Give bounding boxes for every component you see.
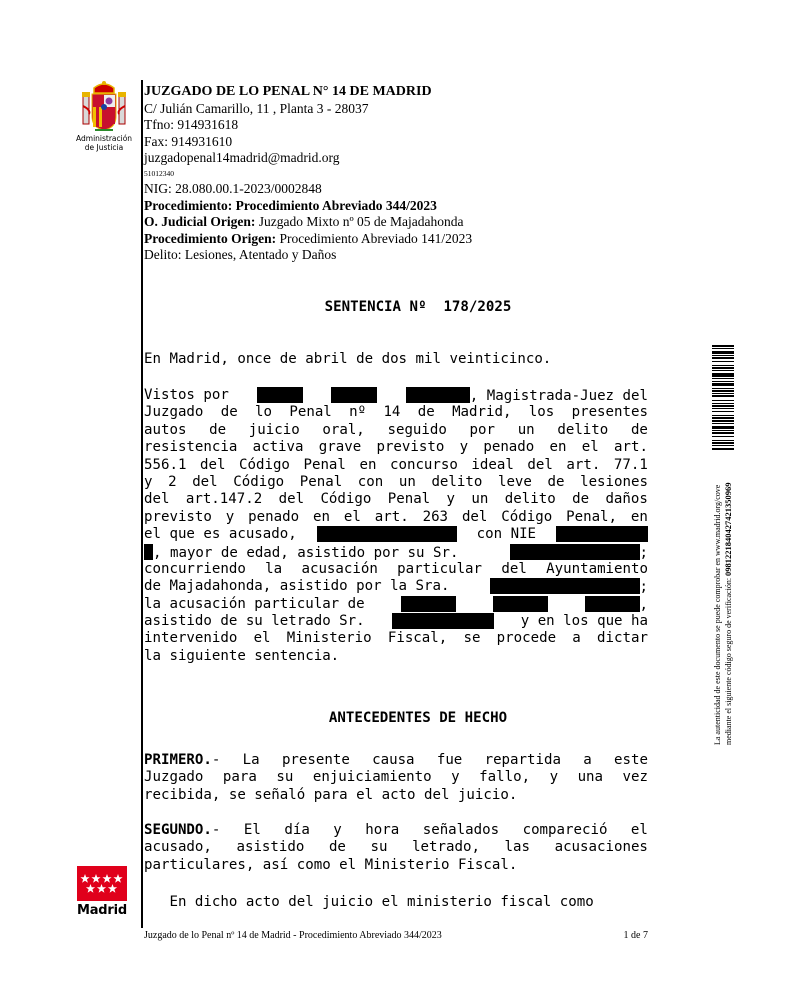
organo-origen-value: Juzgado Mixto nº 05 de Majadahonda <box>259 214 464 229</box>
redaction <box>144 544 153 560</box>
redaction <box>406 387 470 403</box>
text-line: asistido de su letrado Sr.y en los que h… <box>144 613 648 630</box>
redaction <box>493 596 548 612</box>
text-line: intervenidoelMinisterioFiscal,seprocedea… <box>144 630 648 647</box>
procedimiento-origen-value: Procedimiento Abreviado 141/2023 <box>279 231 472 246</box>
footer-reference: Juzgado de lo Penal nº 14 de Madrid - Pr… <box>144 930 442 941</box>
text-line: Juzgadoparasuenjuiciamientoyfallo,yunave… <box>144 769 648 786</box>
court-phone: Tfno: 914931618 <box>144 117 472 134</box>
section-title-antecedentes: ANTECEDENTES DE HECHO <box>144 710 692 727</box>
coat-of-arms-icon <box>79 80 129 132</box>
sentence-date: En Madrid, once de abril de dos mil vein… <box>144 351 648 368</box>
court-fax: Fax: 914931610 <box>144 134 472 151</box>
text-line: 556.1delCódigoPenalenconcursoidealdelart… <box>144 457 648 474</box>
text-line: acusado,asistidodesuletrado,lasacusacion… <box>144 839 648 856</box>
organo-origen: O. Judicial Origen: Juzgado Mixto nº 05 … <box>144 214 472 231</box>
nig: NIG: 28.080.00.1-2023/0002848 <box>144 181 472 198</box>
verification-code: 0981221840427421350969 <box>723 482 733 576</box>
text-line: de Majadahonda, asistido por la Sra.; <box>144 578 648 595</box>
segundo-label: SEGUNDO. <box>144 822 212 838</box>
text-line: particulares, así como el Ministerio Fis… <box>144 857 648 874</box>
justicia-caption-line2: de Justicia <box>76 143 132 152</box>
margin-rule <box>141 80 143 928</box>
redaction <box>585 596 640 612</box>
primero-label: PRIMERO. <box>144 752 212 768</box>
page-number: 1 de 7 <box>624 930 648 941</box>
vistos-paragraph: Vistos por, Magistrada-Juez del Juzgadod… <box>144 387 648 665</box>
text-line: la siguiente sentencia. <box>144 648 648 665</box>
text-line: resistenciaactivagraveprevistoypenadoene… <box>144 439 648 456</box>
verification-line2: mediante el siguiente código seguro de v… <box>723 455 734 745</box>
redaction <box>401 596 456 612</box>
stars-icon <box>77 866 127 901</box>
text-line: y2delCódigoPenalconundelitolevedelesione… <box>144 474 648 491</box>
verification-text: La autenticidad de este documento se pue… <box>708 455 738 745</box>
verification-line1: La autenticidad de este documento se pue… <box>712 455 723 745</box>
redaction <box>392 613 494 629</box>
procedimiento-label: Procedimiento: <box>144 198 232 213</box>
madrid-logo: Madrid <box>77 866 129 918</box>
redaction <box>510 544 640 560</box>
justicia-caption-line1: Administración <box>76 134 132 143</box>
court-code: 51012340 <box>144 167 472 181</box>
text-line: autosdejuiciooral,seguidoporundelitode <box>144 422 648 439</box>
redaction <box>490 578 640 594</box>
text-line: previstoypenadoenelart.263delCódigoPenal… <box>144 509 648 526</box>
segundo-paragraph: SEGUNDO.-Eldíayhoraseñaladoscomparecióel… <box>144 822 648 874</box>
primero-paragraph: PRIMERO.-Lapresentecausafuerepartidaaest… <box>144 752 648 804</box>
procedimiento-value: Procedimiento Abreviado 344/2023 <box>236 198 437 213</box>
text-line: la acusación particular de, <box>144 596 648 613</box>
redaction <box>317 526 457 542</box>
text-line: recibida, se señaló para el acto del jui… <box>144 787 648 804</box>
madrid-name: Madrid <box>77 903 129 918</box>
procedimiento: Procedimiento: Procedimiento Abreviado 3… <box>144 198 472 215</box>
court-header: JUZGADO DE LO PENAL N° 14 DE MADRID C/ J… <box>144 84 472 264</box>
text-line: concurriendolaacusaciónparticulardelAyun… <box>144 561 648 578</box>
madrid-flag <box>77 866 127 901</box>
delito: Delito: Lesiones, Atentado y Daños <box>144 247 472 264</box>
redaction <box>556 526 648 542</box>
text-line: delart.147.2delCódigoPenalyundelitodedañ… <box>144 491 648 508</box>
procedimiento-origen-label: Procedimiento Origen: <box>144 231 276 246</box>
barcode-icon <box>712 345 734 450</box>
text-line: , mayor de edad, asistido por su Sr.; <box>144 544 648 561</box>
redaction <box>257 387 303 403</box>
dicho-paragraph: En dicho acto del juicio el ministerio f… <box>144 894 648 911</box>
redaction <box>331 387 377 403</box>
justicia-logo: Administración de Justicia <box>76 80 132 152</box>
organo-origen-label: O. Judicial Origen: <box>144 214 255 229</box>
verification-strip: La autenticidad de este documento se pue… <box>708 345 738 745</box>
page-footer: Juzgado de lo Penal nº 14 de Madrid - Pr… <box>144 930 648 941</box>
text-line: JuzgadodeloPenalnº14deMadrid,lospresente… <box>144 404 648 421</box>
court-address: C/ Julián Camarillo, 11 , Planta 3 - 280… <box>144 101 472 118</box>
sentence-title: SENTENCIA Nº 178/2025 <box>144 299 692 316</box>
text-line: el que es acusado,con NIE <box>144 526 648 543</box>
text-line: Vistos por, Magistrada-Juez del <box>144 387 648 404</box>
court-name: JUZGADO DE LO PENAL N° 14 DE MADRID <box>144 84 472 101</box>
procedimiento-origen: Procedimiento Origen: Procedimiento Abre… <box>144 231 472 248</box>
court-email[interactable]: juzgadopenal14madrid@madrid.org <box>144 150 472 167</box>
